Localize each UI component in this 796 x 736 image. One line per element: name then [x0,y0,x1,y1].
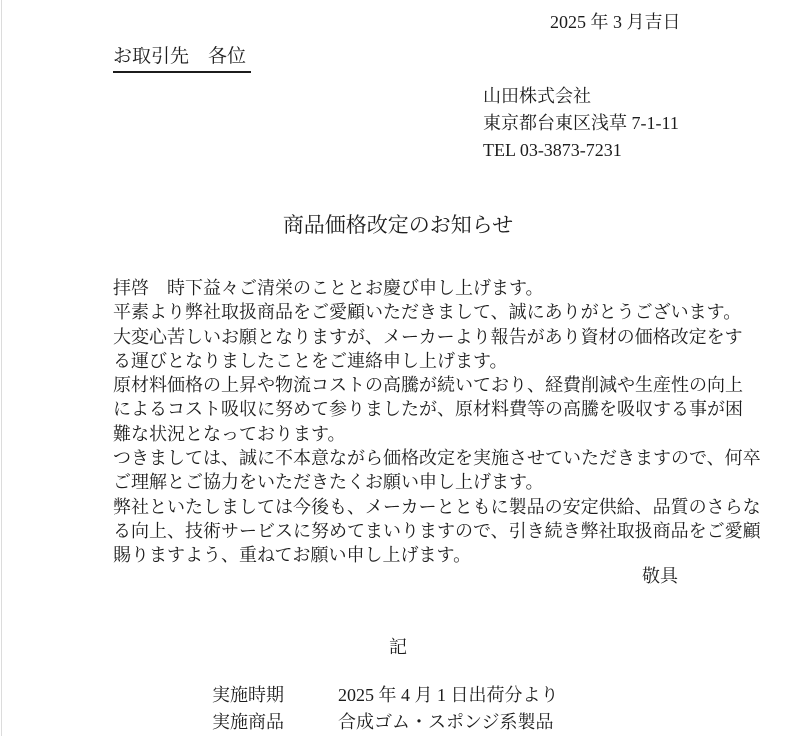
detail-label-products: 実施商品 [212,709,338,736]
detail-list: 実施時期2025 年 4 月 1 日出荷分より 実施商品合成ゴム・スポンジ系製品 [212,682,559,735]
body-line: つきましては、誠に不本意ながら価格改定を実施させていただきますので、何卒 [113,446,761,470]
document-title: 商品価格改定のお知らせ [0,212,796,239]
body-line: 平素より弊社取扱商品をご愛顧いただきまして、誠にありがとうございます。 [113,300,761,324]
body-line: によるコスト吸収に努めて参りましたが、原材料費等の高騰を吸収する事が困 [113,397,761,421]
detail-row-period: 実施時期2025 年 4 月 1 日出荷分より [212,682,559,709]
detail-row-products: 実施商品合成ゴム・スポンジ系製品 [212,709,559,736]
closing-keigu: 敬具 [113,564,678,588]
detail-label-period: 実施時期 [212,682,338,709]
detail-value-products: 合成ゴム・スポンジ系製品 [338,712,554,732]
document-page: 2025 年 3 月吉日 お取引先 各位 山田株式会社 東京都台東区浅草 7-1… [0,0,796,736]
body-line: る向上、技術サービスに努めてまいりますので、引き続き弊社取扱商品をご愛顧 [113,519,761,543]
sender-company: 山田株式会社 [483,83,679,110]
notice-marker-ki: 記 [0,635,796,659]
recipient-line: お取引先 各位 [113,45,251,73]
detail-value-period: 2025 年 4 月 1 日出荷分より [338,685,559,705]
body-line: 難な状況となっております。 [113,422,761,446]
page-edge-line [1,0,2,736]
document-body: 拝啓 時下益々ご清栄のこととお慶び申し上げます。 平素より弊社取扱商品をご愛顧い… [113,276,761,568]
body-line: 拝啓 時下益々ご清栄のこととお慶び申し上げます。 [113,276,761,300]
document-date: 2025 年 3 月吉日 [550,11,681,33]
sender-tel: TEL 03-3873-7231 [483,137,679,164]
sender-address: 東京都台東区浅草 7-1-11 [483,110,679,137]
body-line: 弊社といたしましては今後も、メーカーとともに製品の安定供給、品質のさらな [113,495,761,519]
sender-block: 山田株式会社 東京都台東区浅草 7-1-11 TEL 03-3873-7231 [483,83,679,164]
body-line: 原材料価格の上昇や物流コストの高騰が続いており、経費削減や生産性の向上 [113,373,761,397]
body-line: る運びとなりましたことをご連絡申し上げます。 [113,349,761,373]
body-line: ご理解とご協力をいただきたくお願い申し上げます。 [113,470,761,494]
body-line: 大変心苦しいお願となりますが、メーカーより報告があり資材の価格改定をす [113,325,761,349]
